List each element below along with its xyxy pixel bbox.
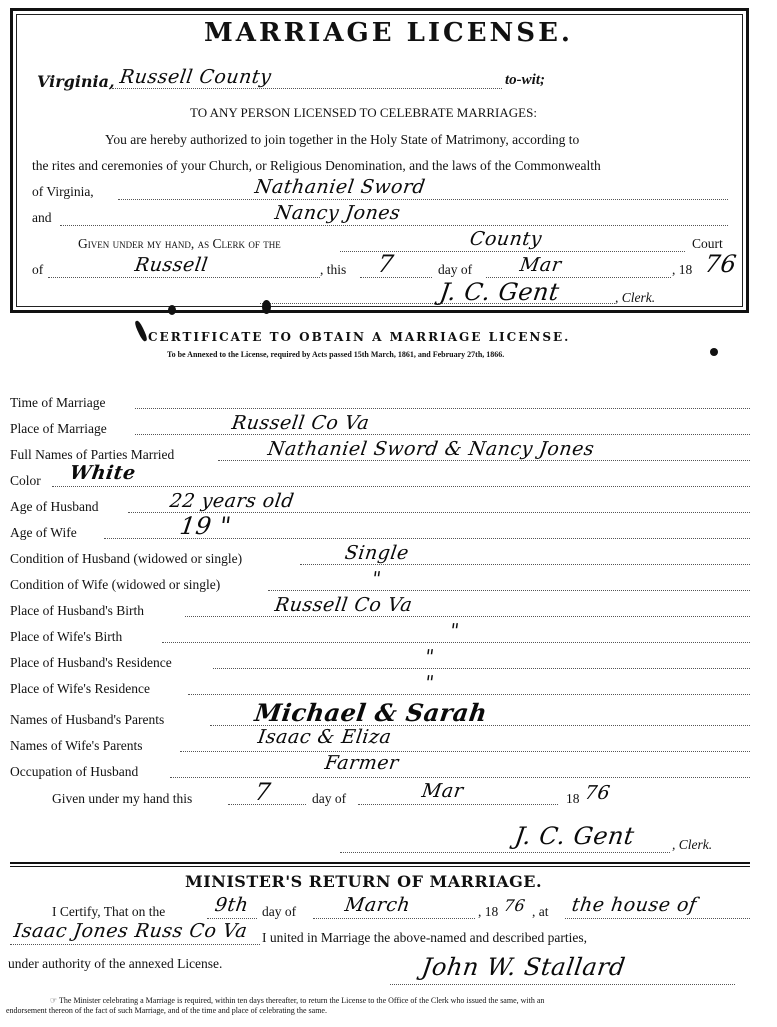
field-value-condition-of-husband: Single bbox=[343, 542, 410, 564]
ink-blot bbox=[134, 320, 149, 342]
field-value-wife-parents: Isaac & Eliza bbox=[256, 726, 392, 748]
court-county-blank bbox=[48, 277, 320, 278]
bride-name-entry: Nancy Jones bbox=[273, 202, 401, 224]
field-value-full-names: Nathaniel Sword & Nancy Jones bbox=[266, 438, 595, 460]
ink-blot bbox=[710, 348, 718, 356]
and-label: and bbox=[32, 210, 52, 226]
certificate-day-of-label: day of bbox=[312, 791, 346, 807]
return-day-blank bbox=[207, 918, 257, 919]
certificate-month-blank bbox=[358, 804, 558, 805]
license-address-line: TO ANY PERSON LICENSED TO CELEBRATE MARR… bbox=[190, 105, 537, 121]
field-value-color: White bbox=[68, 462, 137, 484]
bride-blank bbox=[60, 225, 728, 226]
minister-signature: John W. Stallard bbox=[420, 953, 627, 981]
field-label-age-of-husband: Age of Husband bbox=[10, 499, 98, 515]
field-blank-wife-birth bbox=[162, 642, 750, 643]
court-type-entry: County bbox=[468, 228, 543, 250]
certificate-subtitle: To be Annexed to the License, required b… bbox=[167, 350, 504, 359]
field-blank-condition-of-wife bbox=[268, 590, 750, 591]
ink-blot bbox=[262, 300, 271, 314]
groom-name-entry: Nathaniel Sword bbox=[253, 176, 426, 198]
return-place-blank-2 bbox=[10, 944, 260, 945]
section-divider-thin bbox=[10, 866, 750, 867]
certificate-clerk-blank bbox=[340, 852, 670, 853]
license-month-entry: Mar bbox=[518, 254, 562, 276]
license-day-of-label: day of bbox=[438, 262, 472, 278]
field-value-occupation: Farmer bbox=[323, 752, 400, 774]
court-county-entry: Russell bbox=[133, 254, 209, 276]
license-clerk-label: , Clerk. bbox=[615, 290, 655, 306]
ministers-return-title: MINISTER'S RETURN OF MARRIAGE. bbox=[185, 872, 542, 891]
certificate-month-entry: Mar bbox=[420, 780, 464, 802]
field-blank-place-of-marriage bbox=[135, 434, 750, 435]
certify-label: I Certify, That on the bbox=[52, 904, 165, 920]
groom-blank bbox=[118, 199, 728, 200]
license-clerk-signature: J. C. Gent bbox=[438, 278, 561, 306]
field-blank-wife-parents bbox=[180, 751, 750, 752]
field-value-place-of-marriage: Russell Co Va bbox=[230, 412, 370, 434]
county-blank bbox=[112, 88, 502, 89]
given-clerk-label: Given under my hand, as Clerk of the bbox=[78, 236, 281, 252]
field-label-condition-of-husband: Condition of Husband (widowed or single) bbox=[10, 551, 242, 567]
field-value-husband-residence: " bbox=[423, 646, 435, 668]
certificate-year-entry: 76 bbox=[583, 782, 611, 804]
to-wit-label: to-wit; bbox=[505, 72, 545, 89]
field-label-husband-parents: Names of Husband's Parents bbox=[10, 712, 164, 728]
field-value-husband-parents: Michael & Sarah bbox=[253, 698, 489, 727]
return-place-entry-2: Isaac Jones Russ Co Va bbox=[12, 920, 248, 942]
return-year-prefix: , 18 bbox=[478, 904, 498, 920]
field-blank-full-names bbox=[218, 460, 750, 461]
field-blank-condition-of-husband bbox=[300, 564, 750, 565]
license-year-prefix: , 18 bbox=[672, 262, 692, 278]
minister-signature-blank bbox=[390, 984, 735, 985]
field-blank-time-of-marriage bbox=[135, 408, 750, 409]
license-body-line-1: You are hereby authorized to join togeth… bbox=[105, 132, 579, 148]
state-label: Virginia, bbox=[37, 72, 115, 91]
field-label-wife-parents: Names of Wife's Parents bbox=[10, 738, 142, 754]
return-at-label: , at bbox=[532, 904, 549, 920]
certificate-clerk-signature: J. C. Gent bbox=[513, 822, 636, 850]
license-year-entry: 76 bbox=[703, 250, 738, 278]
footnote-line-1: ☞ The Minister celebrating a Marriage is… bbox=[50, 996, 544, 1005]
ink-blot bbox=[168, 305, 176, 315]
field-label-time-of-marriage: Time of Marriage bbox=[10, 395, 105, 411]
license-title: MARRIAGE LICENSE. bbox=[0, 18, 777, 48]
certificate-clerk-label: , Clerk. bbox=[672, 837, 712, 853]
of-virginia-label: of Virginia, bbox=[32, 184, 94, 200]
return-day-entry: 9th bbox=[213, 894, 250, 916]
return-month-entry: March bbox=[343, 894, 411, 916]
field-label-occupation: Occupation of Husband bbox=[10, 764, 138, 780]
field-label-condition-of-wife: Condition of Wife (widowed or single) bbox=[10, 577, 220, 593]
this-label: , this bbox=[320, 262, 346, 278]
license-body-line-2: the rites and ceremonies of your Church,… bbox=[32, 158, 601, 174]
field-label-full-names: Full Names of Parties Married bbox=[10, 447, 174, 463]
field-blank-husband-birth bbox=[185, 616, 750, 617]
field-value-husband-birth: Russell Co Va bbox=[273, 594, 413, 616]
return-year-entry: 76 bbox=[503, 896, 527, 915]
field-label-color: Color bbox=[10, 473, 41, 489]
field-value-wife-birth: " bbox=[448, 620, 460, 642]
return-month-blank bbox=[313, 918, 475, 919]
united-text: I united in Marriage the above-named and… bbox=[262, 930, 587, 946]
footnote-line-2: endorsement thereon of the fact of such … bbox=[6, 1006, 327, 1015]
certificate-day-entry: 7 bbox=[253, 778, 273, 806]
field-blank-husband-residence bbox=[213, 668, 750, 669]
field-value-wife-residence: " bbox=[423, 672, 435, 694]
return-place-blank-1 bbox=[565, 918, 750, 919]
footnote-text-1: The Minister celebrating a Marriage is r… bbox=[59, 996, 544, 1005]
field-label-husband-residence: Place of Husband's Residence bbox=[10, 655, 172, 671]
certificate-given-label: Given under my hand this bbox=[52, 791, 192, 807]
county-entry: Russell County bbox=[118, 66, 272, 88]
field-blank-color bbox=[52, 486, 750, 487]
field-label-wife-residence: Place of Wife's Residence bbox=[10, 681, 150, 697]
field-label-husband-birth: Place of Husband's Birth bbox=[10, 603, 144, 619]
field-value-age-of-wife: 19 " bbox=[178, 512, 233, 540]
section-divider bbox=[10, 862, 750, 864]
authority-text: under authority of the annexed License. bbox=[8, 956, 222, 972]
pointing-hand-icon: ☞ bbox=[50, 996, 59, 1005]
certificate-title: CERTIFICATE TO OBTAIN A MARRIAGE LICENSE… bbox=[148, 330, 570, 344]
field-blank-wife-residence bbox=[188, 694, 750, 695]
return-place-entry-1: the house of bbox=[570, 894, 698, 916]
return-day-of-label: day of bbox=[262, 904, 296, 920]
field-value-age-of-husband: 22 years old bbox=[168, 490, 295, 512]
of-label: of bbox=[32, 262, 43, 278]
field-label-place-of-marriage: Place of Marriage bbox=[10, 421, 107, 437]
license-day-blank bbox=[360, 277, 432, 278]
certificate-year-prefix: 18 bbox=[566, 791, 580, 807]
field-label-age-of-wife: Age of Wife bbox=[10, 525, 77, 541]
field-label-wife-birth: Place of Wife's Birth bbox=[10, 629, 122, 645]
field-value-condition-of-wife: " bbox=[370, 568, 382, 590]
